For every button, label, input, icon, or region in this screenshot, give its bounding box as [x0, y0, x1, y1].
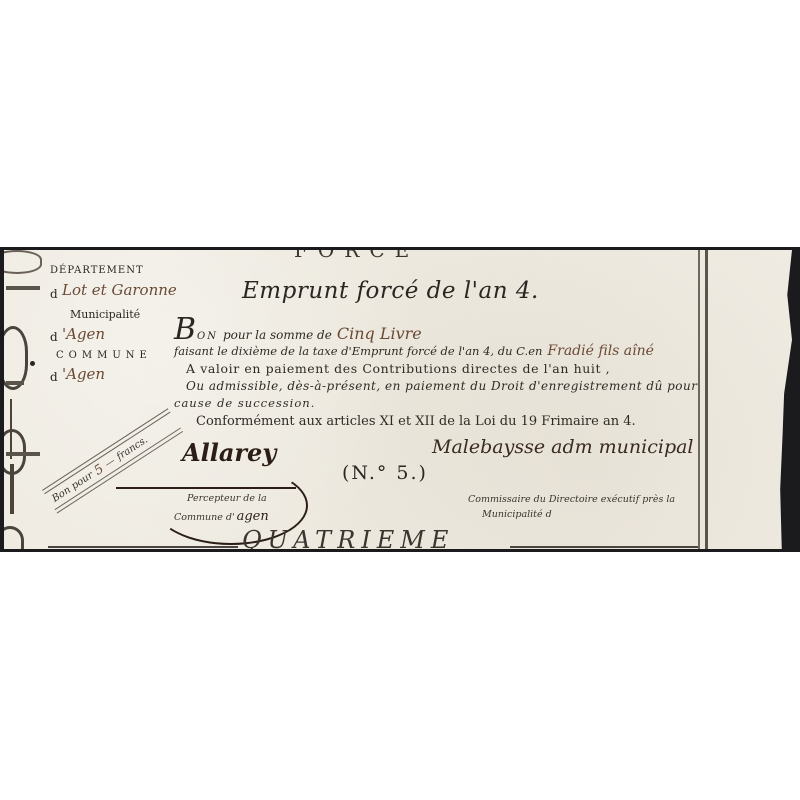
taxe-line: faisant le dixième de la taxe d'Emprunt …: [174, 343, 654, 359]
municipalite-caption: Municipalité d: [482, 509, 552, 520]
taxe-text: faisant le dixième de la taxe d'Emprunt …: [174, 344, 542, 358]
commissaire-signature: Malebaysse adm municipal: [432, 436, 694, 458]
stub-arc: [4, 250, 42, 274]
bon-text: pour la somme de: [223, 328, 332, 342]
stub-bar: [6, 286, 40, 290]
municipalite-prefix: d: [50, 330, 58, 344]
admissible-line: Ou admissible, dès-à-présent, en paiemen…: [186, 379, 697, 393]
punch-dot: [30, 361, 35, 366]
document-title: Emprunt forcé de l'an 4.: [242, 278, 539, 304]
municipalite-value: 'Agen: [62, 325, 105, 343]
commune-caption-line: Commune d' agen: [174, 509, 269, 524]
bottom-rule-left: [48, 546, 238, 548]
commune-prefix: d: [50, 370, 58, 384]
citizen-name-handwritten: Fradié fils aîné: [547, 343, 654, 359]
stub-stem: [10, 464, 14, 514]
departement-prefix: d: [50, 287, 58, 301]
commune-handwritten: agen: [237, 509, 269, 524]
departement-label: DÉPARTEMENT: [50, 265, 144, 276]
stub-bar: [6, 452, 40, 456]
bon-line: B ON pour la somme de Cinq Livre: [174, 312, 422, 347]
bottom-rule-right: [510, 546, 700, 548]
commune-label: COMMUNE: [56, 350, 152, 361]
commissaire-caption: Commissaire du Directoire exécutif près …: [468, 494, 675, 505]
commune-caption: Commune d': [174, 512, 235, 523]
bon-initial: B: [174, 312, 196, 347]
commune-value: 'Agen: [62, 365, 105, 383]
top-cut-heading: FORCÉ: [294, 250, 419, 262]
counterfoil-stub: [6, 264, 40, 549]
bottom-cut-heading: QUATRIEME: [242, 526, 454, 549]
border-line-outer: [705, 250, 708, 549]
stub-bar: [6, 381, 24, 385]
stub-letter-o: [4, 526, 24, 549]
border-line-inner: [698, 250, 700, 549]
stamp-suffix: francs.: [114, 434, 149, 462]
stamp-prefix: Bon pour: [50, 470, 95, 505]
percepteur-caption: Percepteur de la: [187, 493, 267, 504]
loi-line: Conformément aux articles XI et XII de l…: [196, 414, 636, 429]
valoir-line: A valoir en paiement des Contributions d…: [186, 361, 610, 376]
succession-line: cause de succession.: [174, 396, 315, 410]
percepteur-signature: Allarey: [182, 438, 276, 467]
voucher-paper: FORCÉ DÉPARTEMENT d Lot et Garonne Munic…: [4, 250, 792, 549]
voucher-number: (N.° 5.): [342, 462, 428, 484]
municipalite-label: Municipalité: [70, 308, 140, 321]
bon-rest: ON: [197, 331, 218, 342]
departement-value: Lot et Garonne: [62, 281, 177, 299]
amount-handwritten: Cinq Livre: [337, 324, 422, 343]
